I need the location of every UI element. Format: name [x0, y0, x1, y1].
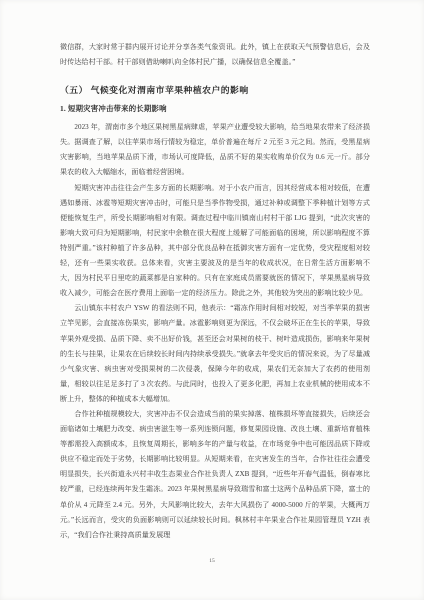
paragraph-farmer-ysw: 云山镇东丰村农户 YSW 的看法则不同，他表示：“霜冻作用时间相对较短，对当季苹… [60, 301, 370, 407]
subsection-heading: 1. 短期灾害冲击带来的长期影响 [60, 103, 370, 114]
document-page: 微信群，大家时常于群内展开讨论并分享各类气象资讯。此外，镇上在获取天气预警信息后… [0, 0, 424, 600]
paragraph-disaster-2023: 2023 年，渭南市多个地区果树黑星病肆虐，苹果产业遭受较大影响，给当地果农带来… [60, 120, 370, 180]
paragraph-small-farmers: 短期灾害冲击往往会产生多方面的长期影响。对于小农户而言，因其经营成本相对较低，在… [60, 181, 370, 302]
paragraph-cooperative: 合作社种植规模较大，灾害冲击不仅会造成当前的果实掉落、植株损坏等直接损失，后续还… [60, 407, 370, 543]
section-heading: （五） 气候变化对渭南市苹果种植农户的影响 [60, 83, 370, 96]
paragraph-continuation: 微信群，大家时常于群内展开讨论并分享各类气象资讯。此外，镇上在获取天气预警信息后… [60, 40, 370, 70]
page-number: 15 [0, 558, 424, 564]
